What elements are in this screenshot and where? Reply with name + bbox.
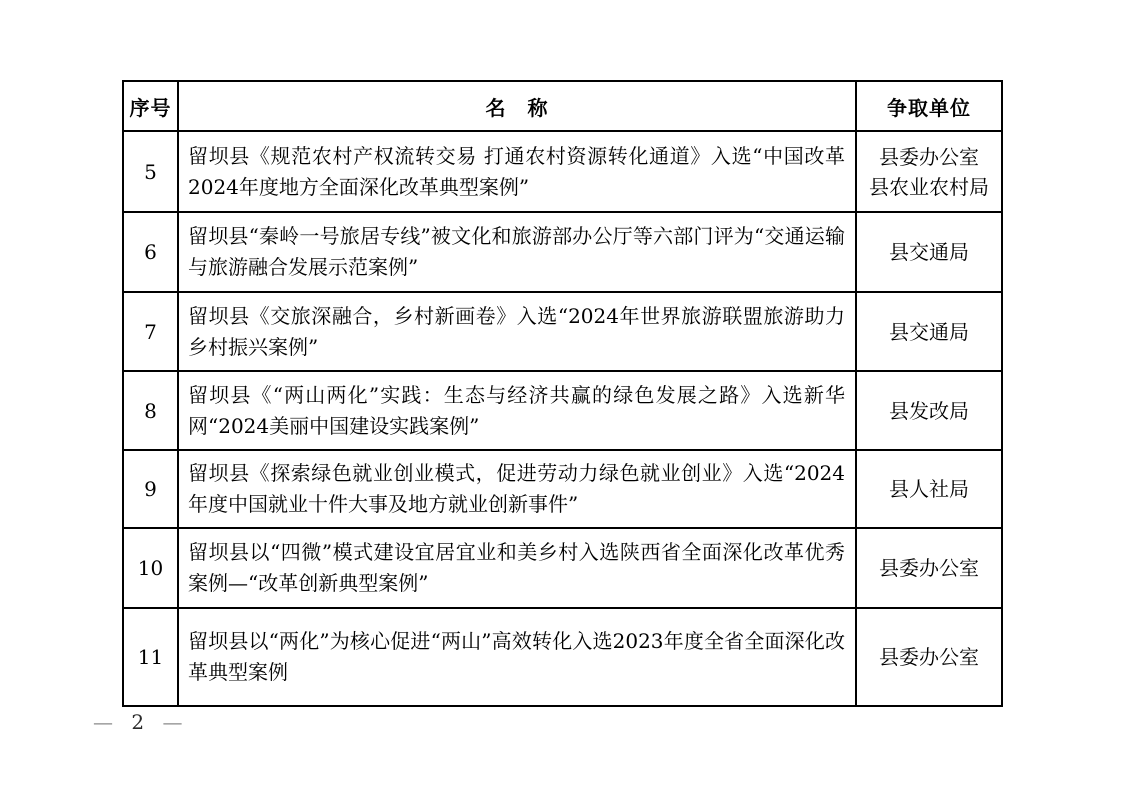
achievement-name-cell: 留坝县《探索绿色就业创业模式，促进劳动力绿色就业创业》入选“2024年度中国就业… (178, 450, 856, 528)
table-row: 5 留坝县《规范农村产权流转交易 打通农村资源转化通道》入选“中国改革2024年… (123, 131, 1002, 212)
achievement-name-cell: 留坝县以“两化”为核心促进“两山”高效转化入选2023年度全省全面深化改革典型案… (178, 608, 856, 706)
header-serial-number: 序号 (123, 81, 178, 131)
achievement-name-cell: 留坝县以“四微”模式建设宜居宜业和美乡村入选陕西省全面深化改革优秀案例—“改革创… (178, 528, 856, 608)
row-number-cell: 7 (123, 292, 178, 371)
document-page: 序号 名 称 争取单位 5 留坝县《规范农村产权流转交易 打通农村资源转化通道》… (0, 0, 1122, 793)
page-number-dash-left: — (93, 710, 115, 734)
row-number-cell: 9 (123, 450, 178, 528)
table-row: 8 留坝县《“两山两化”实践：生态与经济共赢的绿色发展之路》入选新华网“2024… (123, 371, 1002, 450)
unit-cell: 县委办公室 (856, 528, 1002, 608)
unit-cell: 县委办公室 (856, 608, 1002, 706)
unit-cell: 县交通局 (856, 292, 1002, 371)
header-unit: 争取单位 (856, 81, 1002, 131)
table-row: 6 留坝县“秦岭一号旅居专线”被文化和旅游部办公厅等六部门评为“交通运输与旅游融… (123, 212, 1002, 292)
page-number-dash-right: — (162, 710, 184, 734)
unit-cell: 县交通局 (856, 212, 1002, 292)
unit-cell: 县发改局 (856, 371, 1002, 450)
unit-cell: 县委办公室 县农业农村局 (856, 131, 1002, 212)
page-number-value: 2 (123, 710, 154, 734)
achievement-name-cell: 留坝县《交旅深融合，乡村新画卷》入选“2024年世界旅游联盟旅游助力乡村振兴案例… (178, 292, 856, 371)
header-name: 名 称 (178, 81, 856, 131)
row-number-cell: 10 (123, 528, 178, 608)
row-number-cell: 6 (123, 212, 178, 292)
page-number: — 2 — (93, 710, 184, 734)
row-number-cell: 8 (123, 371, 178, 450)
row-number-cell: 5 (123, 131, 178, 212)
achievement-name-cell: 留坝县“秦岭一号旅居专线”被文化和旅游部办公厅等六部门评为“交通运输与旅游融合发… (178, 212, 856, 292)
achievement-name-cell: 留坝县《规范农村产权流转交易 打通农村资源转化通道》入选“中国改革2024年度地… (178, 131, 856, 212)
unit-cell: 县人社局 (856, 450, 1002, 528)
table-row: 7 留坝县《交旅深融合，乡村新画卷》入选“2024年世界旅游联盟旅游助力乡村振兴… (123, 292, 1002, 371)
achievements-table: 序号 名 称 争取单位 5 留坝县《规范农村产权流转交易 打通农村资源转化通道》… (122, 80, 1003, 707)
row-number-cell: 11 (123, 608, 178, 706)
table-row: 10 留坝县以“四微”模式建设宜居宜业和美乡村入选陕西省全面深化改革优秀案例—“… (123, 528, 1002, 608)
achievement-name-cell: 留坝县《“两山两化”实践：生态与经济共赢的绿色发展之路》入选新华网“2024美丽… (178, 371, 856, 450)
table-header-row: 序号 名 称 争取单位 (123, 81, 1002, 131)
table-row: 9 留坝县《探索绿色就业创业模式，促进劳动力绿色就业创业》入选“2024年度中国… (123, 450, 1002, 528)
table-row: 11 留坝县以“两化”为核心促进“两山”高效转化入选2023年度全省全面深化改革… (123, 608, 1002, 706)
